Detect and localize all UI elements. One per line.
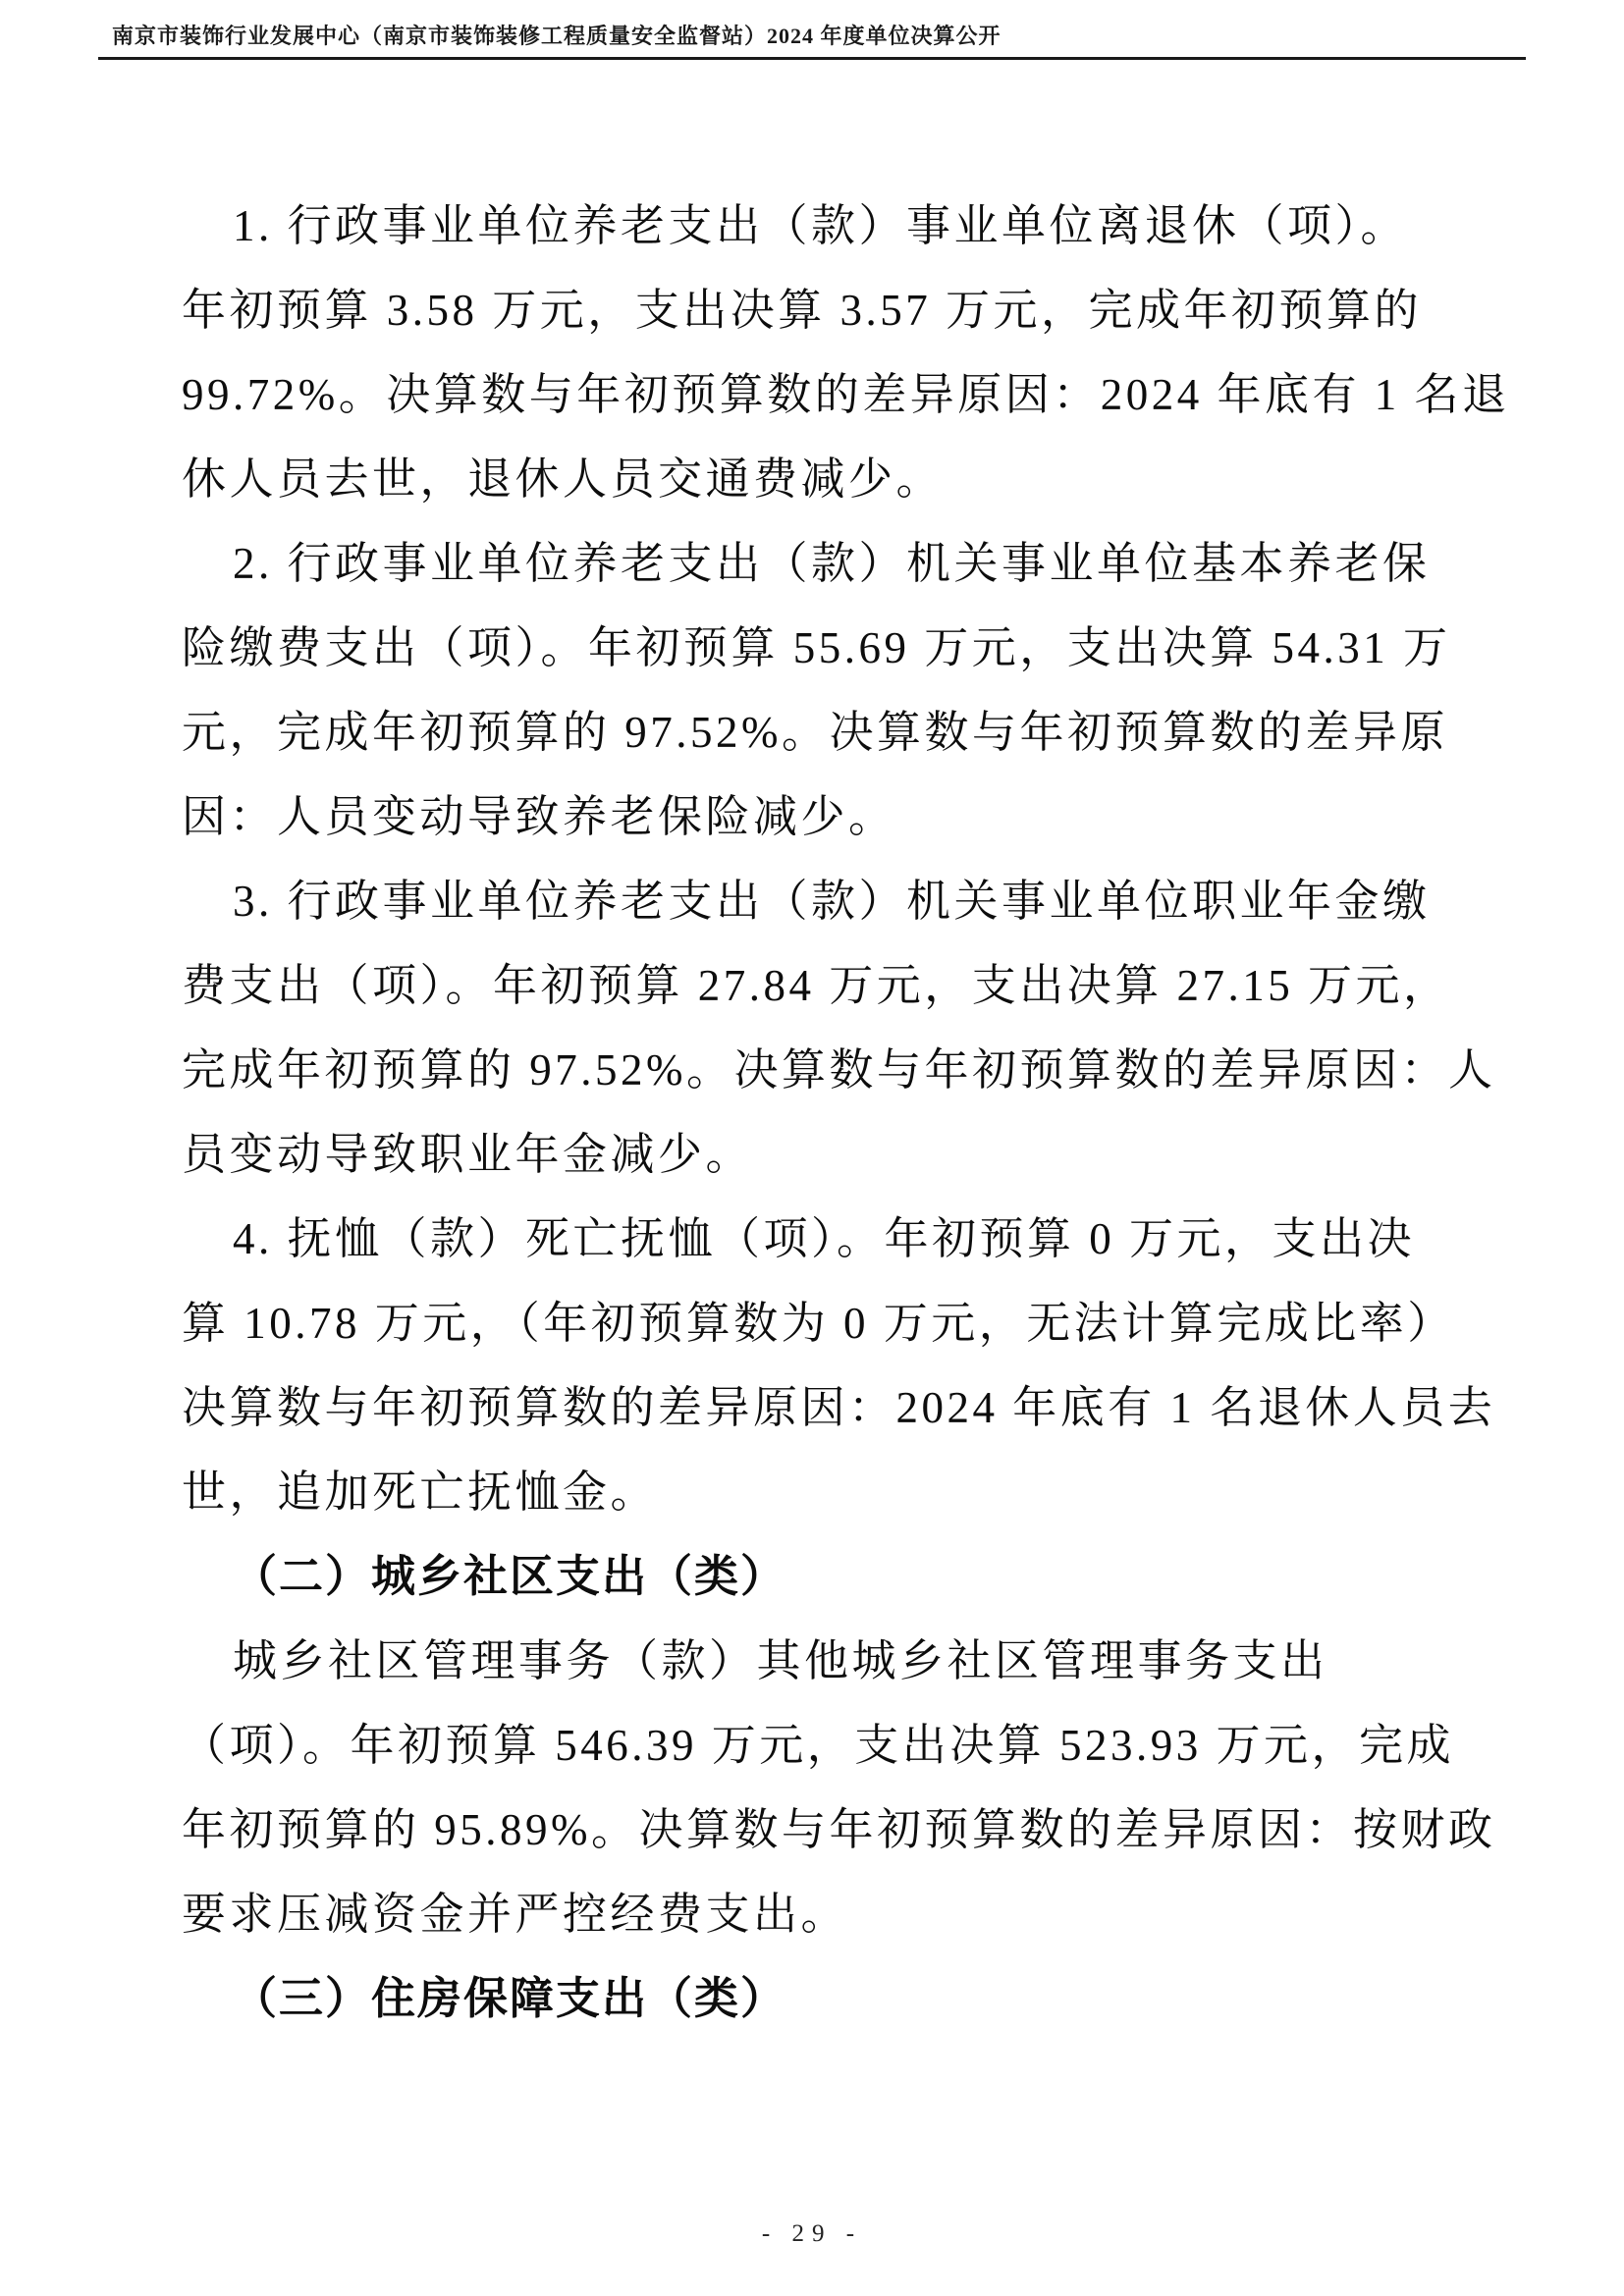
text-line: 决算数与年初预算数的差异原因：2024 年底有 1 名退休人员去 xyxy=(182,1365,1488,1450)
text-line: 元，完成年初预算的 97.52%。决算数与年初预算数的差异原 xyxy=(182,690,1488,774)
text-line: 险缴费支出（项）。年初预算 55.69 万元，支出决算 54.31 万 xyxy=(182,606,1488,690)
page-number: - 29 - xyxy=(0,2220,1624,2248)
text-line: 休人员去世，退休人员交通费减少。 xyxy=(182,437,1488,521)
text-line: 员变动导致职业年金减少。 xyxy=(182,1112,1488,1197)
text-line: 4. 抚恤（款）死亡抚恤（项）。年初预算 0 万元，支出决 xyxy=(182,1197,1488,1281)
paragraph: 4. 抚恤（款）死亡抚恤（项）。年初预算 0 万元，支出决算 10.78 万元，… xyxy=(182,1197,1488,1534)
text-line: 世，追加死亡抚恤金。 xyxy=(182,1450,1488,1534)
text-line: 99.72%。决算数与年初预算数的差异原因：2024 年底有 1 名退 xyxy=(182,352,1488,437)
text-line: （二）城乡社区支出（类） xyxy=(182,1534,1488,1619)
section-heading: （二）城乡社区支出（类） xyxy=(182,1534,1488,1619)
text-line: 3. 行政事业单位养老支出（款）机关事业单位职业年金缴 xyxy=(182,859,1488,943)
text-line: 城乡社区管理事务（款）其他城乡社区管理事务支出 xyxy=(182,1619,1488,1703)
paragraph: 城乡社区管理事务（款）其他城乡社区管理事务支出（项）。年初预算 546.39 万… xyxy=(182,1619,1488,1956)
text-line: 费支出（项）。年初预算 27.84 万元，支出决算 27.15 万元， xyxy=(182,943,1488,1028)
document-page: 南京市装饰行业发展中心（南京市装饰装修工程质量安全监督站）2024 年度单位决算… xyxy=(0,0,1624,2296)
document-body: 1. 行政事业单位养老支出（款）事业单位离退休（项）。年初预算 3.58 万元，… xyxy=(182,184,1488,2041)
text-line: （三）住房保障支出（类） xyxy=(182,1956,1488,2041)
text-line: 要求压减资金并严控经费支出。 xyxy=(182,1872,1488,1956)
text-line: 因：人员变动导致养老保险减少。 xyxy=(182,774,1488,859)
text-line: 算 10.78 万元，（年初预算数为 0 万元，无法计算完成比率） xyxy=(182,1281,1488,1365)
text-line: 1. 行政事业单位养老支出（款）事业单位离退休（项）。 xyxy=(182,184,1488,268)
text-line: 完成年初预算的 97.52%。决算数与年初预算数的差异原因：人 xyxy=(182,1028,1488,1112)
page-header-title: 南京市装饰行业发展中心（南京市装饰装修工程质量安全监督站）2024 年度单位决算… xyxy=(98,20,1526,57)
text-line: 年初预算的 95.89%。决算数与年初预算数的差异原因：按财政 xyxy=(182,1788,1488,1872)
paragraph: 2. 行政事业单位养老支出（款）机关事业单位基本养老保险缴费支出（项）。年初预算… xyxy=(182,521,1488,859)
text-line: 年初预算 3.58 万元，支出决算 3.57 万元，完成年初预算的 xyxy=(182,268,1488,352)
text-line: （项）。年初预算 546.39 万元，支出决算 523.93 万元，完成 xyxy=(182,1703,1488,1788)
paragraph: 1. 行政事业单位养老支出（款）事业单位离退休（项）。年初预算 3.58 万元，… xyxy=(182,184,1488,521)
paragraph: 3. 行政事业单位养老支出（款）机关事业单位职业年金缴费支出（项）。年初预算 2… xyxy=(182,859,1488,1197)
text-line: 2. 行政事业单位养老支出（款）机关事业单位基本养老保 xyxy=(182,521,1488,606)
section-heading: （三）住房保障支出（类） xyxy=(182,1956,1488,2041)
page-header: 南京市装饰行业发展中心（南京市装饰装修工程质量安全监督站）2024 年度单位决算… xyxy=(98,20,1526,60)
header-rule xyxy=(98,57,1526,60)
